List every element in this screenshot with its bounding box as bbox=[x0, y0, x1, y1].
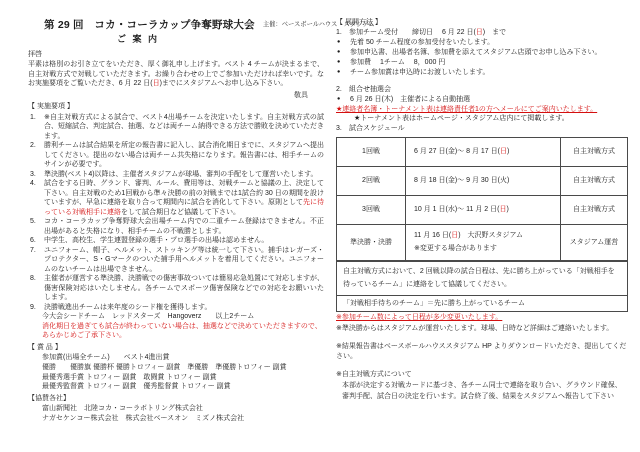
report-download-note: ※結果報告書はベースボールハウススタジアム HP よりダウンロードいただき、提出… bbox=[336, 342, 628, 362]
item-number: 4. bbox=[28, 179, 44, 217]
item-number: 9. bbox=[28, 303, 44, 313]
bullet-line: ● 参加申込書、出場者名簿、参加費を添えてスタジアム店頭でお申し込み下さい。 bbox=[336, 48, 628, 58]
schedule-table: 1回戦 6 月 27 日(金)～ 8 月 17 日(日) 自主対戦方式 2回戦 … bbox=[336, 137, 628, 261]
reception-text: 参加チーム受付 締切日 6 月 22 日(日) まで bbox=[349, 28, 506, 38]
bullet-icon: ● bbox=[336, 48, 350, 58]
table-row: 3回戦 10 月 1 日(水)～ 11 月 2 日(日) 自主対戦方式 bbox=[337, 196, 628, 225]
notice-item: 2. 勝利チームは試合結果を所定の報告書に記入し、試合消化期日までに、スタジアム… bbox=[28, 141, 324, 170]
table-row: 2回戦 8 月 18 日(金)～ 9 月 30 日(火) 自主対戦方式 bbox=[337, 167, 628, 196]
date-cell: 6 月 27 日(金)～ 8 月 17 日(日) bbox=[406, 138, 561, 167]
notice-item: 7. ユニフォーム、帽子、ヘルメット、ストッキング等は統一して下さい。捕手はレガ… bbox=[28, 246, 324, 275]
round-cell: 3回戦 bbox=[337, 196, 406, 225]
method-cell: スタジアム運営 bbox=[561, 225, 628, 261]
bullet-line: ● 参加費 1チーム 8，000 円 bbox=[336, 58, 628, 68]
notice-item: 1. ※自主対戦方式による試合で、ベスト4出場チームを決定いたします。自主対戦方… bbox=[28, 113, 324, 142]
title-row: 第 29 回 コカ・コーラカップ争奪野球大会 主催：ベースボールハウス スタジア… bbox=[28, 18, 324, 32]
item-text: 中学生、高校生、学生連盟登録の選手・プロ選手の出場は認めません。 bbox=[44, 236, 324, 246]
bullet-icon: ● bbox=[336, 58, 350, 68]
round-cell: 準決勝・決勝 bbox=[337, 225, 406, 261]
item-number: 6. bbox=[28, 236, 44, 246]
seed-teams-line: 今大会シードチーム レッドスターズ Hangoverz 以上2チーム bbox=[42, 312, 324, 322]
intro-deadline-day: 日 bbox=[153, 80, 160, 87]
waiting-team-box: 「対戦相手待ちのチーム」＝先に勝ち上がっているチーム bbox=[336, 295, 628, 313]
team-count-warning: ※参加チーム数によって日程が多少変更いたします。 bbox=[336, 313, 628, 323]
round-cell: 1回戦 bbox=[337, 138, 406, 167]
tournament-table-notice: ★トーナメント表はホームページ・スタジアム店内にて掲載します。 bbox=[354, 114, 628, 124]
prize-line: 最優秀監督賞 トロフィー 副賞 優秀監督賞 トロフィー 副賞 bbox=[42, 382, 324, 392]
schedule-title: 試合スケジュール bbox=[349, 124, 405, 134]
bullet-text: 参加申込書、出場者名簿、参加費を添えてスタジアム店頭でお申し込み下さい。 bbox=[350, 48, 602, 58]
notice-item: 9. 決勝戦進出チームは来年度のシード権を獲得します。 bbox=[28, 303, 324, 313]
prizes-heading: 【 賞 品 】 bbox=[28, 343, 324, 353]
notice-item: 3. 準決勝(ベスト4)以降は、主催者スタジアムが球場、審判の手配をして運営いた… bbox=[28, 170, 324, 180]
date-cell: 8 月 18 日(金)～ 9 月 30 日(火) bbox=[406, 167, 561, 196]
intro-paragraph: 平素は格別のお引き立てをいただき、厚く御礼申し上げます。ベスト 4 チームが決ま… bbox=[28, 60, 324, 89]
item-text: ユニフォーム、帽子、ヘルメット、ストッキング等は統一して下さい。捕手はレガーズ・… bbox=[44, 246, 324, 275]
bullet-line: ● 6 月 26 日(木) 主催者による自動抽選 bbox=[336, 95, 628, 105]
round-cell: 2回戦 bbox=[337, 167, 406, 196]
item-number: 8. bbox=[28, 274, 44, 303]
venue-change-note: ※変更する場合があります bbox=[414, 244, 556, 254]
item-text: コカ・コーラカップ争奪野球大会出場チーム内での二重チーム登録はできません。不正出… bbox=[44, 217, 324, 236]
page-title: 第 29 回 コカ・コーラカップ争奪野球大会 bbox=[44, 18, 255, 32]
method-cell: 自主対戦方式 bbox=[561, 138, 628, 167]
bullet-icon: ● bbox=[336, 95, 350, 105]
subtitle: ご 案 内 bbox=[28, 33, 248, 45]
bullet-text: 参加費 1チーム 8，000 円 bbox=[350, 58, 445, 68]
table-row: 1回戦 6 月 27 日(金)～ 8 月 17 日(日) 自主対戦方式 bbox=[337, 138, 628, 167]
item-number: 7. bbox=[28, 246, 44, 275]
self-match-about-body: 本部が決定する対戦カードに基づき、各チーム同士で連絡を取り合い、グラウンド確保、 bbox=[342, 381, 628, 391]
item-text: 準決勝(ベスト4)以降は、主催者スタジアムが球場、審判の手配をして運営いたします… bbox=[44, 170, 324, 180]
deadline-warning: 消化期日を過ぎても試合が終わっていない場合は、抽選などで決めていただきますので、… bbox=[42, 322, 324, 341]
reception-line: 1. 参加チーム受付 締切日 6 月 22 日(日) まで bbox=[336, 28, 628, 38]
table-row: 準決勝・決勝 11 月 16 日(日) 大沢野スタジアム※変更する場合があります… bbox=[337, 225, 628, 261]
lottery-title: 組合せ抽選会 bbox=[349, 85, 391, 95]
date-cell: 11 月 16 日(日) 大沢野スタジアム※変更する場合があります bbox=[406, 225, 561, 261]
intro-text-end: )までにスタジアムへお申し込み下さい。 bbox=[160, 80, 288, 87]
prize-line: 優勝 優勝旗 優勝杯 優勝トロフィー 副賞 準優勝 準優勝トロフィー 副賞 bbox=[42, 363, 324, 373]
salutation: 拝啓 bbox=[28, 50, 324, 60]
item-text: 決勝戦進出チームは来年度のシード権を獲得します。 bbox=[44, 303, 324, 313]
item-number: 2. bbox=[336, 85, 349, 95]
semifinal-note: ※準決勝からはスタジアムが運営いたします。球場、日時など詳細はご連絡いたします。 bbox=[336, 324, 628, 334]
right-column: 【 展開方法 】 1. 参加チーム受付 締切日 6 月 22 日(日) まで ●… bbox=[336, 18, 628, 402]
bullet-line: ● 先着 50 チーム程度の参加受付をいたします。 bbox=[336, 38, 628, 48]
prize-line: 参加賞(出場全チーム) ベスト4進出賞 bbox=[42, 353, 324, 363]
sponsors-heading: 【協賛各社】 bbox=[28, 394, 324, 404]
youkou-heading: 【 実施要項 】 bbox=[28, 102, 324, 112]
method-cell: 自主対戦方式 bbox=[561, 167, 628, 196]
self-match-about-title: ※自主対戦方式について bbox=[336, 370, 628, 380]
deadline-day: 日 bbox=[476, 29, 483, 36]
sponsor-line: 富山新聞社 北陸コカ・コーラボトリング株式会社 bbox=[42, 404, 324, 414]
left-column: 第 29 回 コカ・コーラカップ争奪野球大会 主催：ベースボールハウス スタジア… bbox=[28, 18, 324, 423]
self-match-box: 自主対戦方式において、2 回戦以降の試合日程は、先に勝ち上がっている「対戦相手を… bbox=[336, 261, 628, 296]
prize-line: 最優秀選手賞 トロフィー 副賞 敢闘賞 トロフィー 副賞 bbox=[42, 373, 324, 383]
tenkai-heading: 【 展開方法 】 bbox=[336, 18, 628, 28]
notice-item: 4. 試合をする日時、グランド、審判、ルール、費用等は、対戦チームと協議の上、決… bbox=[28, 179, 324, 217]
method-cell: 自主対戦方式 bbox=[561, 196, 628, 225]
item-number: 1. bbox=[336, 28, 349, 38]
bullet-text: 6 月 26 日(木) 主催者による自動抽選 bbox=[350, 95, 470, 105]
self-match-about-body: 審判手配、試合日の決定を行います。試合終了後、結果をスタジアムへ報告して下さい bbox=[342, 392, 628, 402]
sponsor-line: ナガセケンコー株式会社 株式会社ベースオン ミズノ株式会社 bbox=[42, 414, 324, 424]
item-text: 試合をする日時、グランド、審判、ルール、費用等は、対戦チームと協議の上、決定して… bbox=[44, 179, 324, 217]
item-number: 5. bbox=[28, 217, 44, 236]
contact-notice-red: ★連絡者名簿・トーナメント表は連絡責任者1の方へメールにてご案内いたします。 bbox=[336, 105, 628, 115]
item-text: 主催者が運営する準決勝、決勝戦での傷害事故ついては簡易応急処置にて対応しますが、… bbox=[44, 274, 324, 303]
schedule-heading-line: 3. 試合スケジュール bbox=[336, 124, 628, 134]
item-number: 1. bbox=[28, 113, 44, 142]
document-page: 第 29 回 コカ・コーラカップ争奪野球大会 主催：ベースボールハウス スタジア… bbox=[0, 0, 640, 452]
notice-item: 8. 主催者が運営する準決勝、決勝戦での傷害事故ついては簡易応急処置にて対応しま… bbox=[28, 274, 324, 303]
item-number: 3. bbox=[28, 170, 44, 180]
item-number: 2. bbox=[28, 141, 44, 170]
bullet-line: ● チーム参加賞は申込時にお渡しいたします。 bbox=[336, 68, 628, 78]
closing-word: 敬具 bbox=[28, 91, 324, 101]
bullet-text: 先着 50 チーム程度の参加受付をいたします。 bbox=[350, 38, 494, 48]
notice-item: 5. コカ・コーラカップ争奪野球大会出場チーム内での二重チーム登録はできません。… bbox=[28, 217, 324, 236]
bullet-icon: ● bbox=[336, 38, 350, 48]
item-number: 3. bbox=[336, 124, 349, 134]
bullet-text: チーム参加賞は申込時にお渡しいたします。 bbox=[350, 68, 489, 78]
item-text: ※自主対戦方式による試合で、ベスト4出場チームを決定いたします。自主対戦方式の試… bbox=[44, 113, 324, 142]
lottery-line: 2. 組合せ抽選会 bbox=[336, 85, 628, 95]
item-text: 勝利チームは試合結果を所定の報告書に記入し、試合消化期日までに、スタジアムへ提出… bbox=[44, 141, 324, 170]
bullet-icon: ● bbox=[336, 68, 350, 78]
notice-item: 6. 中学生、高校生、学生連盟登録の選手・プロ選手の出場は認めません。 bbox=[28, 236, 324, 246]
date-cell: 10 月 1 日(水)～ 11 月 2 日(日) bbox=[406, 196, 561, 225]
